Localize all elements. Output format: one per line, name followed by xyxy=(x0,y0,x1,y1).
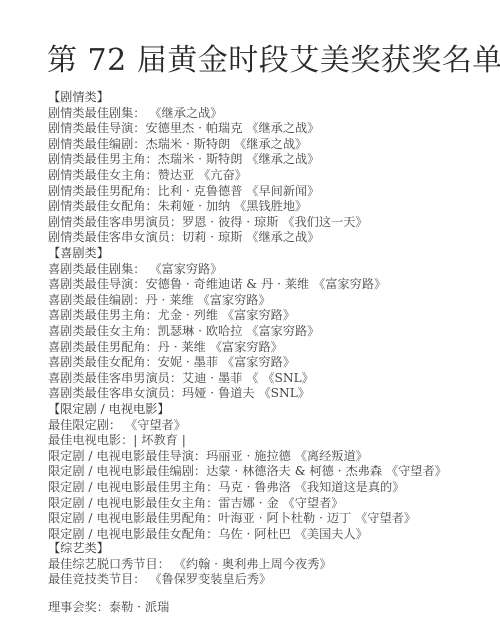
award-line: 剧情类最佳男配角：比利 · 克鲁德普 《早间新闻》 xyxy=(48,184,368,200)
section-heading: 【喜剧类】 xyxy=(48,246,386,262)
award-line: 限定剧 / 电视电影最佳男主角：马克 · 鲁弗洛 《我知道这是真的》 xyxy=(48,480,447,496)
award-line: 限定剧 / 电视电影最佳女配角：乌佐 · 阿杜巴 《美国夫人》 xyxy=(48,527,447,543)
award-line: 最佳限定剧： 《守望者》 xyxy=(48,418,447,434)
award-line: 最佳电视电影：| 坏教育 | xyxy=(48,433,447,449)
award-line: 剧情类最佳剧集： 《继承之战》 xyxy=(48,106,368,122)
award-line: 剧情类最佳男主角：杰瑞米 · 斯特朗 《继承之战》 xyxy=(48,152,368,168)
section-variety: 【综艺类】 最佳综艺脱口秀节目： 《约翰 · 奥利弗上周今夜秀》 最佳竞技类节目… xyxy=(48,541,332,588)
award-line: 剧情类最佳女配角：朱莉娅 · 加纳 《黑钱胜地》 xyxy=(48,199,368,215)
award-line: 喜剧类最佳男主角：尤金 · 列维 《富家穷路》 xyxy=(48,308,386,324)
award-line: 喜剧类最佳客串女演员：玛娅 · 鲁道夫 《SNL》 xyxy=(48,386,386,402)
award-line: 剧情类最佳女主角：赞达亚 《亢奋》 xyxy=(48,168,368,184)
section-heading: 【综艺类】 xyxy=(48,541,332,557)
award-line: 限定剧 / 电视电影最佳女主角：雷吉娜 · 金 《守望者》 xyxy=(48,496,447,512)
award-line: 剧情类最佳编剧：杰瑞米 · 斯特朗 《继承之战》 xyxy=(48,137,368,153)
award-line: 喜剧类最佳剧集： 《富家穷路》 xyxy=(48,262,386,278)
award-line: 剧情类最佳客串女演员：切莉 · 琼斯 《继承之战》 xyxy=(48,230,368,246)
section-governors-award: 理事会奖：泰勒 · 派瑞 xyxy=(48,600,169,616)
page-title: 第 72 届黄金时段艾美奖获奖名单 xyxy=(47,43,500,79)
award-line: 限定剧 / 电视电影最佳编剧：达蒙 · 林德洛夫 & 柯德 · 杰弗森 《守望者… xyxy=(48,464,447,480)
award-line: 剧情类最佳导演：安德里杰 · 帕瑞克 《继承之战》 xyxy=(48,121,368,137)
award-line: 限定剧 / 电视电影最佳导演：玛丽亚 · 施拉德 《离经叛道》 xyxy=(48,449,447,465)
award-line: 喜剧类最佳客串男演员：艾迪 · 墨菲 《 《SNL》 xyxy=(48,371,386,387)
section-comedy: 【喜剧类】 喜剧类最佳剧集： 《富家穷路》 喜剧类最佳导演：安德鲁 · 奇维迪诺… xyxy=(48,246,386,402)
award-line: 喜剧类最佳女主角：凯瑟琳 · 欧哈拉 《富家穷路》 xyxy=(48,324,386,340)
award-line: 喜剧类最佳男配角：丹 · 莱维 《富家穷路》 xyxy=(48,340,386,356)
award-line: 剧情类最佳客串男演员：罗恩 · 彼得 · 琼斯 《我们这一天》 xyxy=(48,215,368,231)
award-line: 最佳综艺脱口秀节目： 《约翰 · 奥利弗上周今夜秀》 xyxy=(48,557,332,573)
award-line: 喜剧类最佳编剧：丹 · 莱维 《富家穷路》 xyxy=(48,293,386,309)
section-drama: 【剧情类】 剧情类最佳剧集： 《继承之战》 剧情类最佳导演：安德里杰 · 帕瑞克… xyxy=(48,90,368,246)
section-heading: 【限定剧 / 电视电影】 xyxy=(48,402,447,418)
award-line: 喜剧类最佳女配角：安妮 · 墨菲 《富家穷路》 xyxy=(48,355,386,371)
section-limited-series: 【限定剧 / 电视电影】 最佳限定剧： 《守望者》 最佳电视电影：| 坏教育 |… xyxy=(48,402,447,542)
award-line: 限定剧 / 电视电影最佳男配角：叶海亚 · 阿卜杜勒 · 迈丁 《守望者》 xyxy=(48,511,447,527)
section-heading: 【剧情类】 xyxy=(48,90,368,106)
award-line: 最佳竞技类节目： 《鲁保罗变装皇后秀》 xyxy=(48,572,332,588)
award-line: 喜剧类最佳导演：安德鲁 · 奇维迪诺 & 丹 · 莱维 《富家穷路》 xyxy=(48,277,386,293)
award-line: 理事会奖：泰勒 · 派瑞 xyxy=(48,600,169,616)
